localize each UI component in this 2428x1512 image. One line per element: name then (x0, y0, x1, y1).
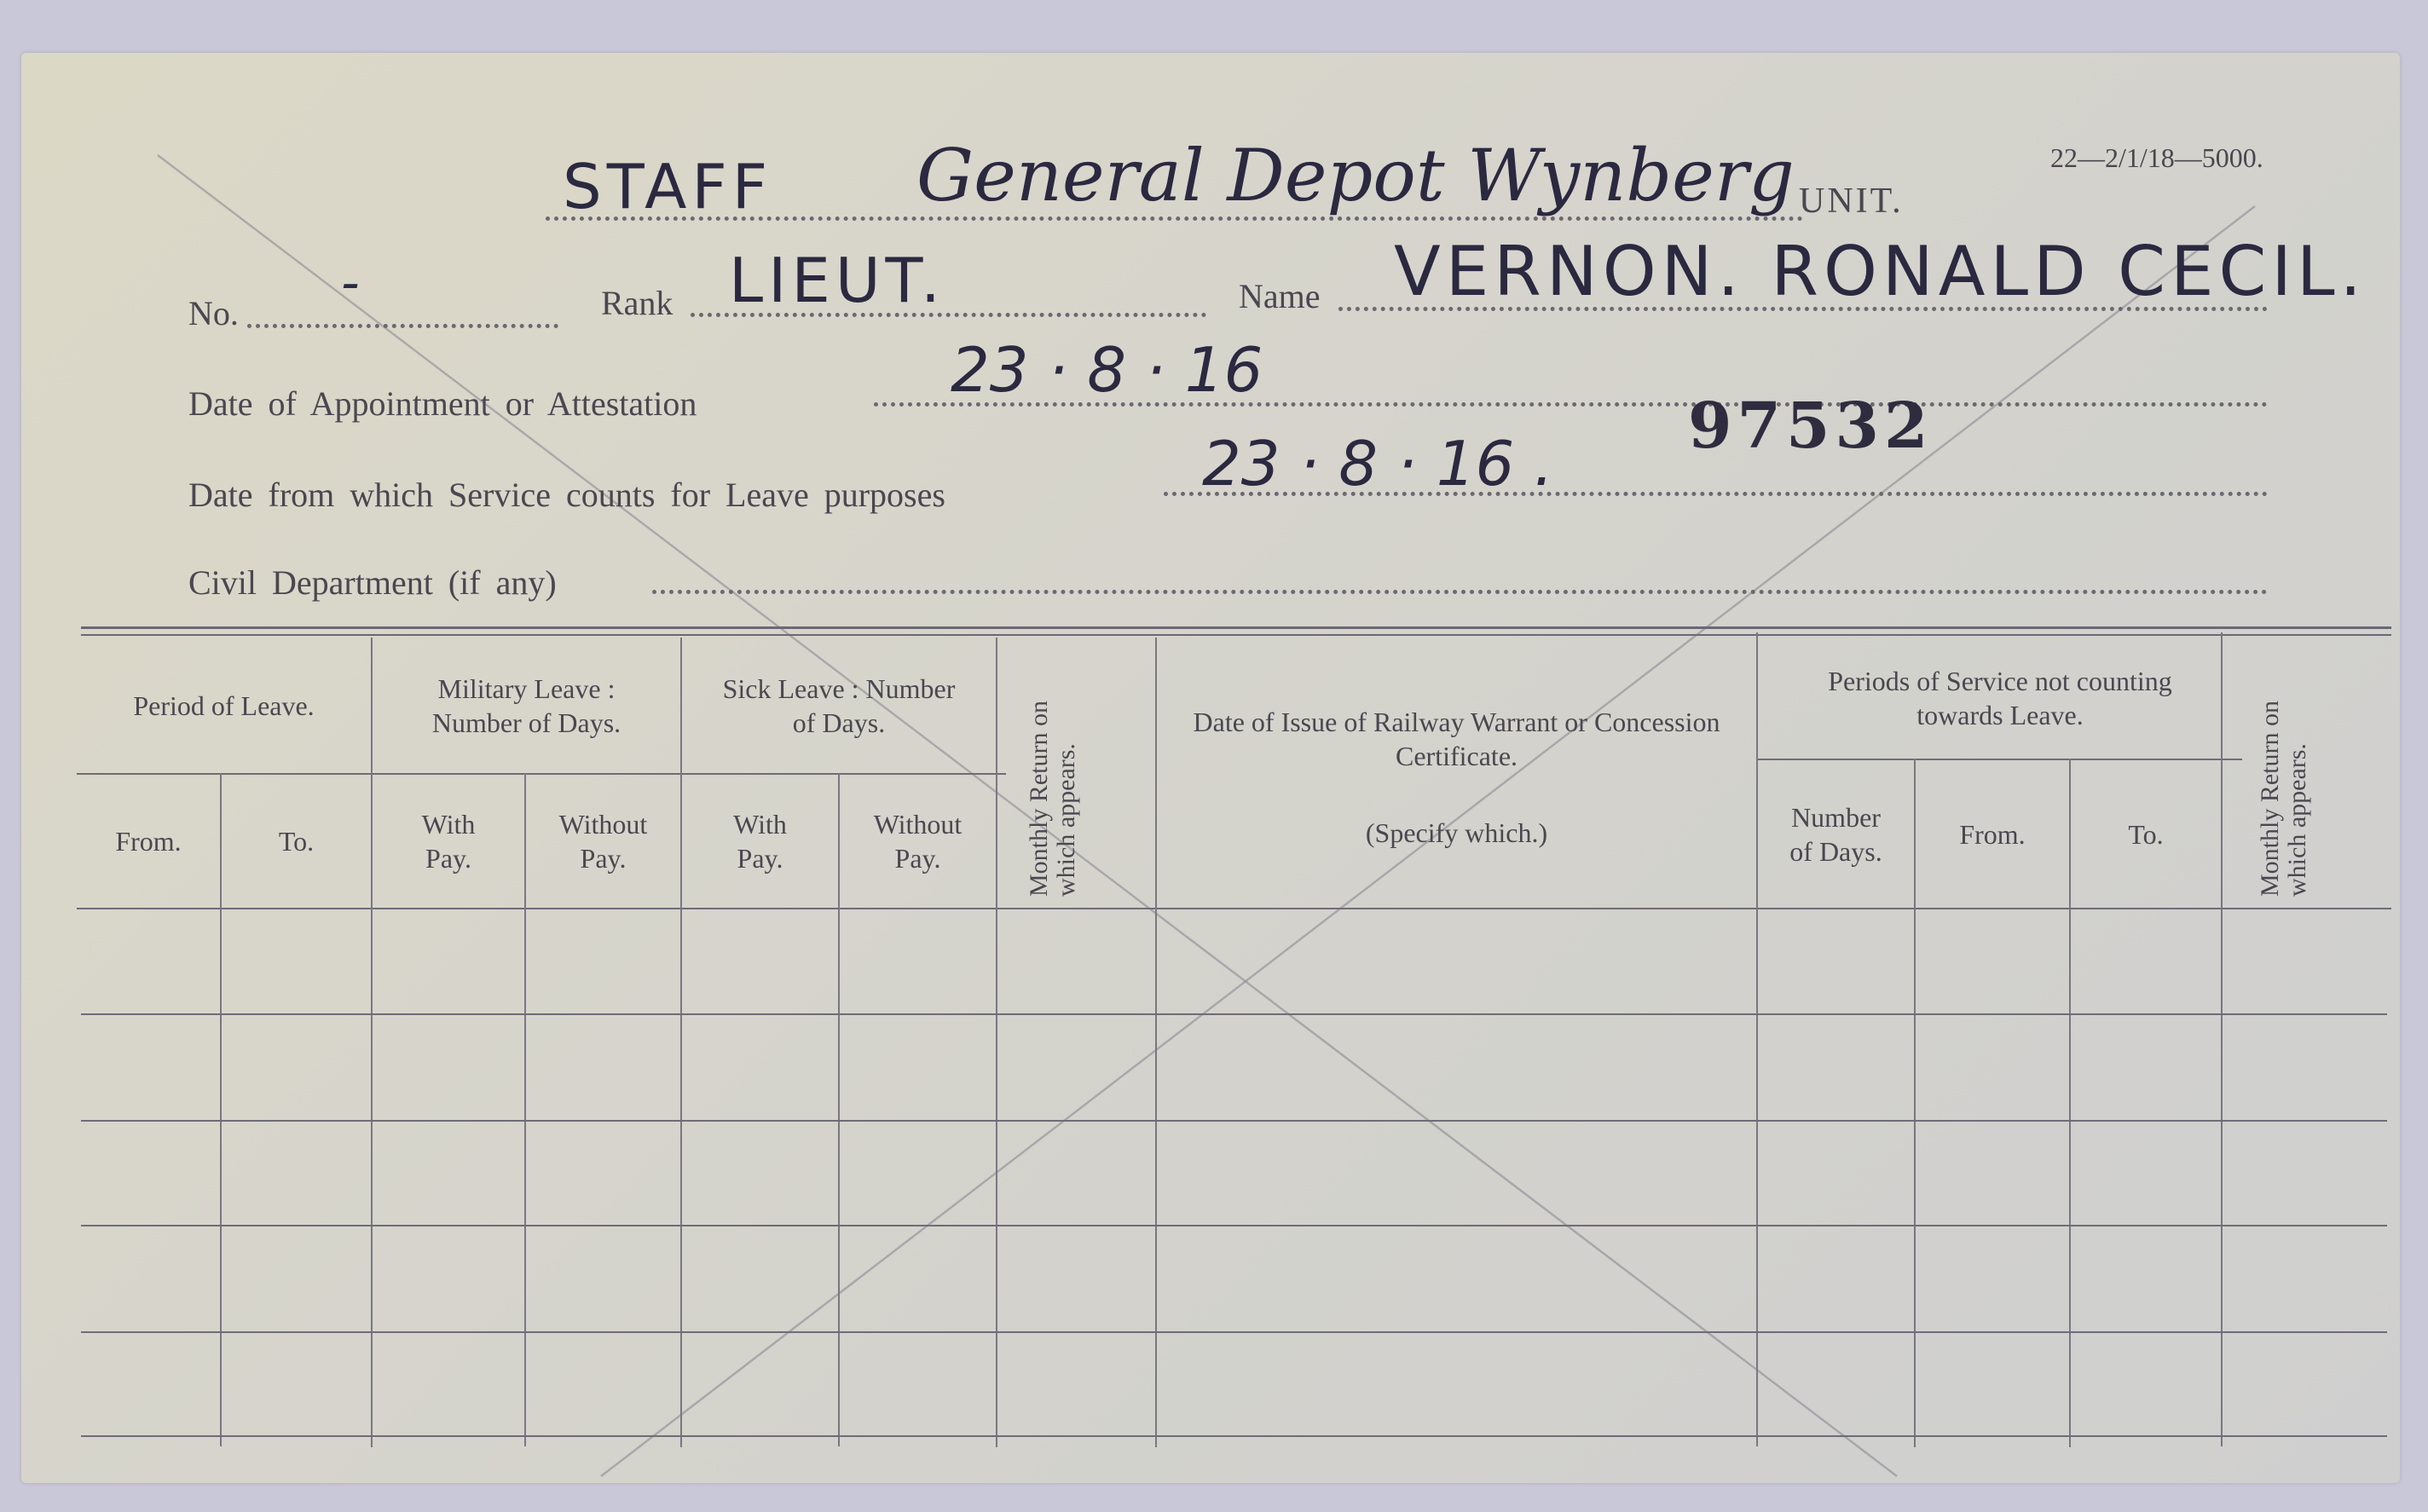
name-label: Name (1239, 276, 1321, 316)
header-railway-warrant: Date of Issue of Railway Warrant or Conc… (1157, 701, 1756, 777)
rank-value: LIEUT. (729, 245, 945, 316)
stamp-number: 97532 (1688, 390, 1933, 463)
civil-department-label: Civil Department (if any) (188, 563, 557, 603)
subheader-number-of-days: Number of Days. (1758, 760, 1914, 908)
subheader-from: From. (77, 775, 220, 908)
subheader-service-to: To. (2071, 760, 2221, 908)
subheader-military-with-pay: With Pay. (373, 775, 524, 908)
service-date-label: Date from which Service counts for Leave… (188, 475, 945, 515)
table-row (81, 1120, 2387, 1122)
appointment-date-label: Date of Appointment or Attestation (188, 384, 697, 424)
table-row (81, 1435, 2387, 1437)
subheader-to: To. (222, 775, 371, 908)
monthly-return-2-text: Monthly Return on which appears. (2257, 649, 2359, 897)
service-dotted-line (1164, 492, 2268, 496)
table-row (81, 1225, 2387, 1226)
header-periods-not-counting: Periods of Service not counting towards … (1758, 638, 2242, 759)
unit-label: UNIT. (1799, 181, 1904, 222)
table-row (81, 1013, 2387, 1015)
number-label: No. (188, 293, 239, 333)
unit-staff-value: STAFF (563, 151, 772, 222)
double-rule-bottom (81, 634, 2391, 636)
monthly-return-1-text: Monthly Return on which appears. (1026, 649, 1128, 897)
header-bottom-rule (77, 908, 2391, 909)
double-rule-top (81, 626, 2391, 629)
subheader-military-without-pay: Without Pay. (526, 775, 680, 908)
rank-label: Rank (601, 283, 673, 323)
number-value: - (341, 253, 360, 313)
appointment-date-value: 23 · 8 · 16 (951, 334, 1263, 406)
service-date-value: 23 · 8 · 16 . (1202, 428, 1553, 499)
unit-value: General Depot Wynberg (916, 134, 1795, 217)
name-value: VERNON. RONALD CECIL. (1394, 232, 2367, 311)
header-monthly-return-1: Monthly Return on which appears. (997, 641, 1155, 905)
appointment-dotted-line (874, 402, 2268, 407)
header-monthly-return-2: Monthly Return on which appears. (2223, 641, 2393, 905)
header-military-leave: Military Leave : Number of Days. (373, 638, 680, 773)
header-sick-leave: Sick Leave : Number of Days. (682, 638, 996, 773)
table-row (81, 1331, 2387, 1333)
subheader-sick-without-pay: Without Pay. (840, 775, 996, 908)
subheader-service-from: From. (1916, 760, 2069, 908)
rank-dotted-line (691, 313, 1206, 317)
leave-record-card: 22—2/1/18—5000. STAFF General Depot Wynb… (21, 53, 2400, 1483)
unit-dotted-line (546, 216, 1803, 221)
number-dotted-line (247, 324, 558, 328)
header-railway-specify: (Specify which.) (1157, 811, 1756, 854)
print-code: 22—2/1/18—5000. (2050, 142, 2263, 174)
header-period-of-leave: Period of Leave. (77, 638, 371, 773)
subheader-sick-with-pay: With Pay. (682, 775, 838, 908)
civil-department-dotted-line (652, 590, 2268, 594)
name-dotted-line (1338, 307, 2268, 311)
